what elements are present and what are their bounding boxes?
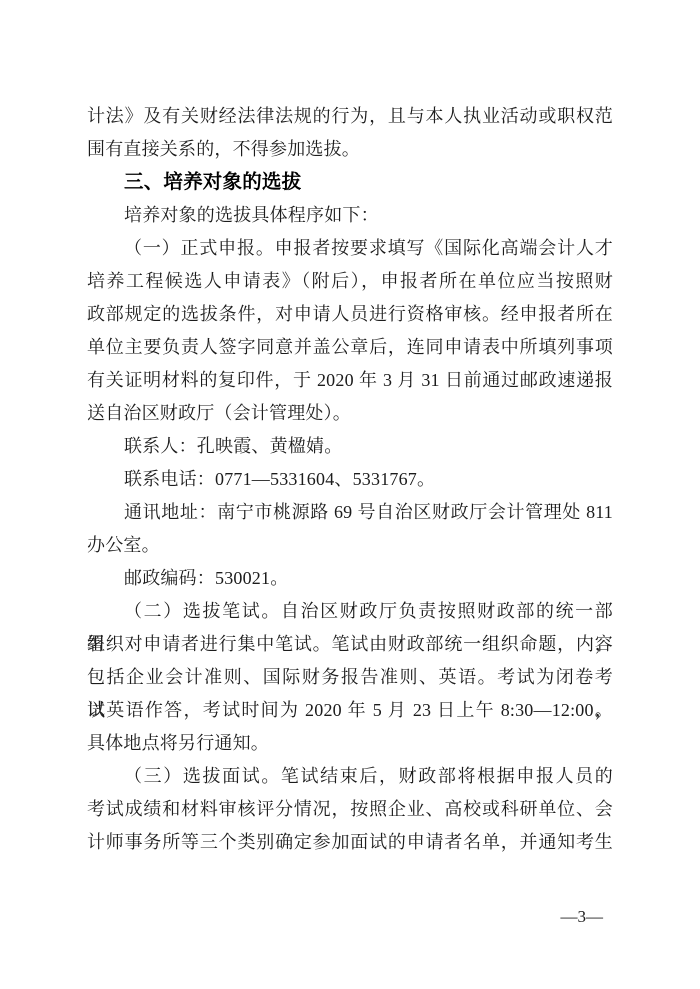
text-line: 送自治区财政厅（会计管理处）。 bbox=[87, 397, 613, 430]
text-line: 办公室。 bbox=[87, 529, 613, 562]
text-line: 计法》及有关财经法律法规的行为，且与本人执业活动或职权范 bbox=[87, 100, 613, 133]
text-line: 包括企业会计准则、国际财务报告准则、英语。考试为闭卷考试， bbox=[87, 661, 613, 694]
text-line: 组织对申请者进行集中笔试。笔试由财政部统一组织命题，内容 bbox=[87, 628, 613, 661]
text-line: 具体地点将另行通知。 bbox=[87, 727, 613, 760]
text-line: （三）选拔面试。笔试结束后，财政部将根据申报人员的 bbox=[87, 760, 613, 793]
text-line: （一）正式申报。申报者按要求填写《国际化高端会计人才 bbox=[87, 232, 613, 265]
document-body: 计法》及有关财经法律法规的行为，且与本人执业活动或职权范 围有直接关系的，不得参… bbox=[87, 100, 613, 859]
text-line: 培养对象的选拔具体程序如下： bbox=[87, 199, 613, 232]
document-page: 计法》及有关财经法律法规的行为，且与本人执业活动或职权范 围有直接关系的，不得参… bbox=[0, 0, 700, 989]
contact-person-line: 联系人：孔映霞、黄楹婧。 bbox=[87, 430, 613, 463]
text-line: 以英语作答，考试时间为 2020 年 5 月 23 日上午 8:30—12:00… bbox=[87, 694, 613, 727]
text-line: 政部规定的选拔条件，对申请人员进行资格审核。经申报者所在 bbox=[87, 298, 613, 331]
mailing-address-line: 通讯地址：南宁市桃源路 69 号自治区财政厅会计管理处 811 bbox=[87, 496, 613, 529]
postal-code-line: 邮政编码：530021。 bbox=[87, 562, 613, 595]
text-line: 单位主要负责人签字同意并盖公章后，连同申请表中所填列事项 bbox=[87, 331, 613, 364]
text-line: 培养工程候选人申请表》（附后），申报者所在单位应当按照财 bbox=[87, 265, 613, 298]
contact-phone-line: 联系电话：0771—5331604、5331767。 bbox=[87, 463, 613, 496]
text-line: 考试成绩和材料审核评分情况，按照企业、高校或科研单位、会 bbox=[87, 793, 613, 826]
text-line: 计师事务所等三个类别确定参加面试的申请者名单，并通知考生 bbox=[87, 826, 613, 859]
page-number: —3— bbox=[561, 903, 604, 931]
text-line: 有关证明材料的复印件，于 2020 年 3 月 31 日前通过邮政速递报 bbox=[87, 364, 613, 397]
text-line: （二）选拔笔试。自治区财政厅负责按照财政部的统一部署， bbox=[87, 595, 613, 628]
text-line: 围有直接关系的，不得参加选拔。 bbox=[87, 133, 613, 166]
section-heading: 三、培养对象的选拔 bbox=[87, 166, 613, 199]
